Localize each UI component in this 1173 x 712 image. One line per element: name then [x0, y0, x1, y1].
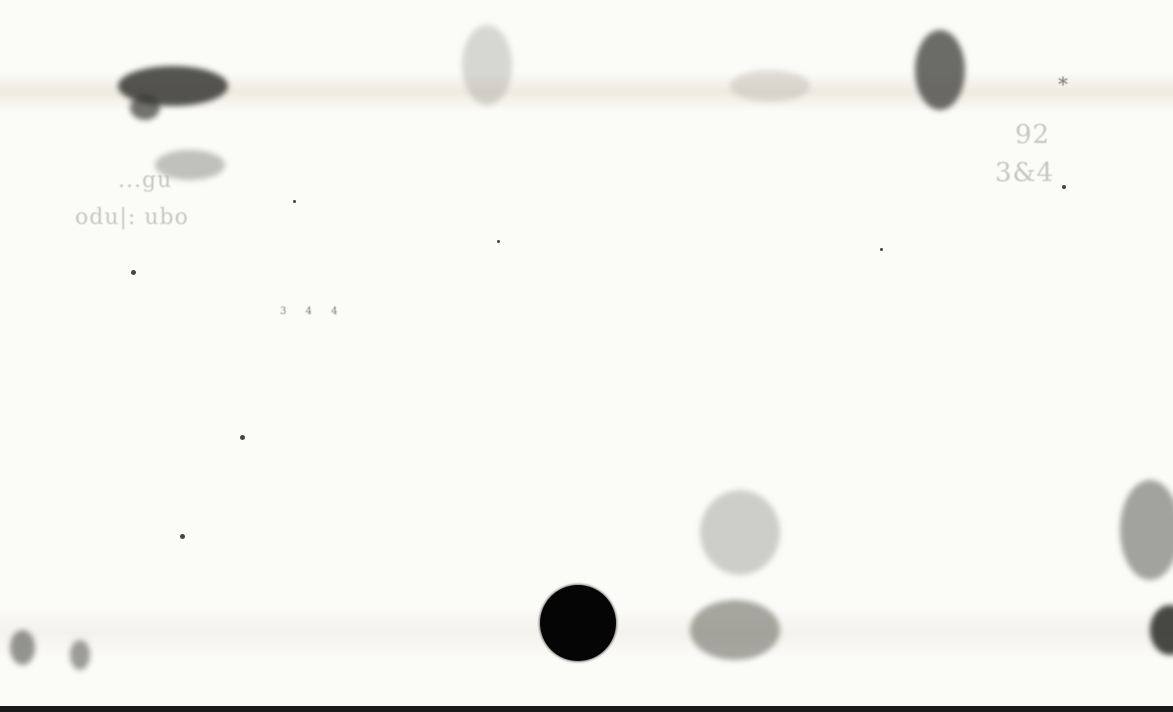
ink-dot: [1062, 185, 1066, 189]
ink-smudge: [700, 490, 780, 575]
card-bottom-edge: [0, 706, 1173, 712]
ghost-text-left-1: ...gu: [118, 168, 172, 193]
ink-smudge: [10, 630, 35, 665]
ink-dot: [131, 270, 136, 275]
ink-smudge: [70, 640, 90, 670]
ink-smudge: [690, 600, 780, 660]
ink-dot: [880, 248, 883, 251]
ghost-text-left-2: odu|: ubo: [75, 205, 189, 230]
ghost-text-right-1: 92: [1015, 120, 1050, 150]
ghost-text-right-2: 3&4: [995, 158, 1054, 188]
punch-hole: [540, 585, 616, 661]
index-card: * 92 3&4 ...gu odu|: ubo 3 4 4: [0, 0, 1173, 706]
ghost-symbol: *: [1058, 72, 1069, 96]
ink-dot: [293, 200, 296, 203]
ghost-text-marks: 3 4 4: [280, 306, 345, 317]
ink-smudge: [1120, 480, 1173, 580]
ink-smudge: [462, 25, 512, 105]
ink-smudge: [730, 70, 810, 102]
ink-smudge: [915, 30, 965, 110]
ink-dot: [180, 534, 185, 539]
ink-dot: [240, 435, 245, 440]
ink-dot: [497, 240, 500, 243]
ink-smudge: [130, 95, 160, 120]
